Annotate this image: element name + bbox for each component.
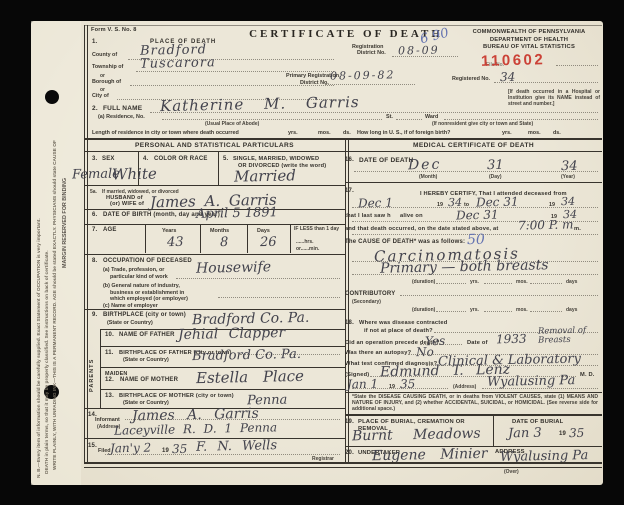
primary-registration-value: 08-09-82: [330, 68, 396, 82]
father-name-label: NAME OF FATHER: [119, 332, 175, 338]
cause-footnote: *State the DISEASE CAUSING DEATH, or in …: [352, 395, 598, 412]
color-marital-divider: [218, 151, 219, 185]
yrs-label-left: yrs.: [288, 130, 298, 136]
registration-district-label2: District No.: [357, 50, 386, 56]
time-m-label: m.: [574, 226, 581, 232]
item18-number: 18.: [345, 320, 354, 326]
item19-number: 19.: [345, 419, 354, 425]
burial-date-value: Jan 3: [508, 426, 542, 442]
mos-label-right: mos.: [528, 130, 541, 136]
row5-bottom-rule: [84, 185, 345, 186]
item7-number: 7.: [92, 227, 97, 233]
commonwealth-line: COMMONWEALTH OF PENNSYLVANIA: [455, 29, 603, 35]
abode-note: (Usual Place of Abode): [205, 121, 259, 127]
occupation-label: OCCUPATION OF DECEASED: [103, 258, 192, 264]
item5-number: 5.: [223, 156, 228, 162]
signed-date-value: Jan 1: [347, 377, 378, 392]
registered-no-dots: [494, 82, 598, 83]
contributory-duration-days: days: [566, 307, 577, 313]
file-no-stamp: 110602: [481, 51, 546, 70]
occupation-b-line2: business or establishment in: [110, 290, 184, 296]
cause-duration-yrs: yrs.: [470, 279, 479, 285]
burial-year-prefix: 19: [559, 431, 566, 437]
item15-number: 15.: [88, 443, 97, 449]
operation-date-label: Date of: [467, 340, 488, 346]
days-label: Days: [257, 228, 270, 234]
operation-note-value: Removal of Breasts: [538, 326, 596, 344]
over-label: (Over): [504, 469, 519, 475]
wife-of-label: (or) WIFE of: [110, 201, 144, 207]
township-label: Township of: [92, 64, 123, 70]
informant-label: Informant: [95, 417, 120, 423]
street-dots: [396, 119, 422, 120]
margin-note-nb: N. B.—Every item of information should b…: [37, 218, 42, 478]
age-months-value: 8: [220, 235, 229, 250]
signed-year-prefix: 19: [389, 384, 395, 390]
cause-duration-mos: mos.: [516, 279, 528, 285]
department-line: DEPARTMENT OF HEALTH: [455, 37, 603, 43]
personal-section-header: PERSONAL AND STATISTICAL PARTICULARS: [84, 142, 345, 149]
footnote-top-rule: [345, 392, 602, 393]
color-race-value: White: [112, 165, 157, 184]
ward-label: Ward: [425, 114, 438, 120]
signed-year-value: 35: [400, 377, 416, 391]
father-birthplace-sub: (State or Country): [123, 357, 169, 363]
burial-label-line1: PLACE OF BURIAL, CREMATION OR: [358, 419, 465, 425]
father-birthplace-value: Bradford Co. Pa.: [192, 347, 301, 364]
punch-hole-top: [45, 90, 59, 104]
burial-top-rule: [345, 414, 602, 416]
burial-year-value: 35: [569, 426, 585, 440]
band-top-rule: [84, 138, 602, 140]
contributory-duration-yrs: yrs.: [470, 307, 479, 313]
ds-label-left: ds.: [343, 130, 351, 136]
registration-dots: [392, 56, 458, 57]
residence-label: (a) Residence, No.: [98, 114, 145, 120]
if-less-hrs: ......hrs.: [296, 239, 314, 245]
alive-on-label: alive on: [400, 213, 423, 219]
parents-column-divider: [100, 329, 101, 408]
month-sub-label: (Month): [419, 174, 437, 180]
months-label: Months: [210, 228, 229, 234]
street-label: St.: [386, 114, 393, 120]
physician-address-dots: [482, 388, 598, 389]
form-left-rule-inner: [87, 25, 88, 462]
color-race-label: COLOR OR RACE: [154, 156, 208, 162]
item13-number: 13.: [105, 393, 114, 399]
death-certificate-scan: N. B.—Every item of information should b…: [0, 0, 624, 505]
occupation-b-dots: [218, 297, 340, 298]
mother-birthplace-sub: (State or Country): [123, 400, 169, 406]
item16-number: 16.: [345, 157, 354, 163]
row12-bottom-rule: [100, 389, 345, 390]
disease-contracted-label2: if not at place of death?: [364, 328, 433, 334]
cause-duration-label: (duration): [412, 279, 435, 285]
band-bottom-rule: [84, 151, 602, 153]
autopsy-value: No: [416, 345, 434, 359]
cause-duration-days: days: [566, 279, 577, 285]
father-name-value: Jehial Clapper: [178, 325, 285, 343]
item3-number: 3.: [92, 156, 97, 162]
hospital-note: [If death occurred in a Hospital or Inst…: [508, 89, 600, 107]
last-saw-label: that I last saw h: [345, 213, 391, 219]
parents-label: PARENTS: [89, 359, 95, 392]
burial-place-value: Burnt Meadows: [352, 426, 481, 445]
burial-divider: [493, 414, 494, 446]
item5a-number: 5a.: [90, 189, 97, 195]
age-divider-1: [145, 224, 146, 253]
age-days-value: 26: [260, 235, 277, 250]
occupation-a-dots: [176, 278, 340, 279]
item17-number: 17.: [345, 188, 354, 194]
cause-duration-dots1: [436, 283, 466, 284]
margin-note-death-terms: DEATH in plain terms, so that it may be …: [45, 250, 50, 474]
years-label: Years: [162, 228, 176, 234]
date-of-burial-label: DATE OF BURIAL: [512, 419, 563, 425]
mos-label-left: mos.: [318, 130, 331, 136]
if-less-min: or......min.: [296, 246, 319, 252]
length-of-residence-label: Length of residence in city or town wher…: [92, 130, 239, 136]
item4-number: 4.: [143, 156, 148, 162]
operation-date-value: 1933: [496, 332, 527, 347]
yrs-label-right: yrs.: [502, 130, 512, 136]
primary-registration-dots: [325, 84, 415, 85]
contributory-duration-dots1: [436, 311, 466, 312]
township-dots: [136, 71, 334, 72]
item6-number: 6.: [92, 212, 97, 218]
item9-number: 9.: [92, 312, 97, 318]
mother-birthplace-label: BIRTHPLACE OF MOTHER (city or town): [119, 393, 234, 399]
us-length-label: How long in U. S., if of foreign birth?: [357, 130, 450, 136]
bureau-line: BUREAU OF VITAL STATISTICS: [455, 44, 603, 50]
contributory-label: CONTRIBUTORY: [345, 291, 395, 297]
row7-bottom-rule: [84, 254, 345, 255]
form-left-rule-outer: [84, 25, 85, 462]
contributory-duration-dots3: [530, 311, 562, 312]
file-no-dots: [556, 65, 598, 66]
borough-label: Borough of: [92, 79, 121, 85]
md-label: M. D.: [580, 372, 595, 378]
death-time-value: 7:00 P. m: [518, 217, 574, 232]
death-date-dots: [354, 171, 598, 172]
mother-name-label: NAME OF MOTHER: [120, 377, 178, 383]
birthplace-sub-label: (State or Country): [107, 320, 153, 326]
form-number: Form V. S. No. 8: [91, 27, 137, 33]
full-name-dots: [150, 112, 598, 113]
full-name-label: FULL NAME: [103, 105, 142, 112]
ward-dots: [444, 119, 598, 120]
contributory-duration-dots2: [484, 311, 512, 312]
township-value: Tuscarora: [140, 55, 216, 72]
city-label: City of: [92, 93, 109, 99]
margin-note-binding: MARGIN RESERVED FOR BINDING: [62, 178, 68, 268]
bottom-thin-rule: [84, 467, 602, 468]
cause-line2-dots: [352, 274, 598, 275]
disease-contracted-label1: Where was disease contracted: [359, 320, 447, 326]
mother-name-value: Estella Place: [196, 367, 304, 387]
row6-bottom-rule: [84, 224, 345, 225]
nonresident-note: (If nonresident give city or town and St…: [432, 121, 533, 127]
borough-dots: [130, 85, 334, 86]
ds-label-right: ds.: [553, 130, 561, 136]
day-sub-label: (Day): [489, 174, 502, 180]
informant-dots: [125, 419, 340, 420]
registered-no-label: Registered No.: [452, 76, 490, 82]
occupation-a-line2: particular kind of work: [110, 274, 168, 280]
item12-number: 12.: [105, 377, 114, 383]
secondary-label: (Secondary): [352, 299, 381, 305]
registrar-signature: F. N. Wells: [196, 438, 277, 455]
residence-dots: [162, 119, 382, 120]
contributory-dots: [400, 295, 598, 296]
item11-number: 11.: [105, 350, 114, 356]
signed-date-dots: [352, 388, 448, 389]
item2-number: 2.: [92, 105, 98, 112]
age-divider-2: [200, 224, 201, 253]
row10-bottom-rule: [100, 346, 345, 347]
cause-duration-dots3: [530, 283, 562, 284]
cause-of-death-label: The CAUSE OF DEATH* was as follows:: [345, 239, 465, 245]
occupation-value: Housewife: [196, 259, 271, 277]
attended-from-value: Dec 1: [358, 196, 393, 211]
item10-number: 10.: [105, 332, 114, 338]
medical-section-header: MEDICAL CERTIFICATE OF DEATH: [345, 142, 602, 149]
contributory-duration-label: (duration): [412, 307, 435, 313]
item20-number: 20.: [345, 450, 354, 456]
filed-dots: [105, 454, 340, 455]
if-less-label: IF LESS than 1 day: [294, 227, 342, 232]
year-sub-label: (Year): [561, 174, 575, 180]
date-of-death-label: DATE OF DEATH: [359, 157, 413, 164]
marital-value: Married: [234, 166, 296, 185]
age-divider-3: [247, 224, 248, 253]
contributory-duration-mos: mos.: [516, 307, 528, 313]
occupation-b-line3: which employed (or employer): [110, 296, 188, 302]
item1-number: 1.: [92, 39, 97, 45]
occupation-b-line1: (b) General nature of industry,: [103, 283, 180, 289]
age-years-value: 43: [167, 235, 184, 250]
county-label: County of: [92, 52, 117, 58]
birthplace-label: BIRTHPLACE (city or town): [103, 312, 186, 318]
marital-label-line1: SINGLE, MARRIED, WIDOWED: [233, 156, 319, 162]
cause-duration-dots2: [484, 283, 512, 284]
row16-bottom-rule: [345, 182, 602, 183]
date-of-birth-value: April 5 1891: [196, 205, 278, 222]
signed-address-label: (Address): [453, 384, 476, 390]
bottom-heavy-rule: [84, 462, 602, 464]
sex-label: SEX: [102, 156, 115, 162]
margin-note-write-plainly: WRITE PLAINLY, WITH UNFADING INK—THIS IS…: [53, 140, 58, 470]
maiden-label: MAIDEN: [105, 371, 127, 377]
age-label: AGE: [103, 227, 117, 233]
autopsy-label: Was there an autopsy?: [345, 350, 411, 356]
item8-number: 8.: [92, 258, 97, 264]
occupation-a-line1: (a) Trade, profession, or: [103, 267, 164, 273]
age-divider-4: [290, 224, 291, 253]
form-top-rule: [84, 25, 602, 26]
